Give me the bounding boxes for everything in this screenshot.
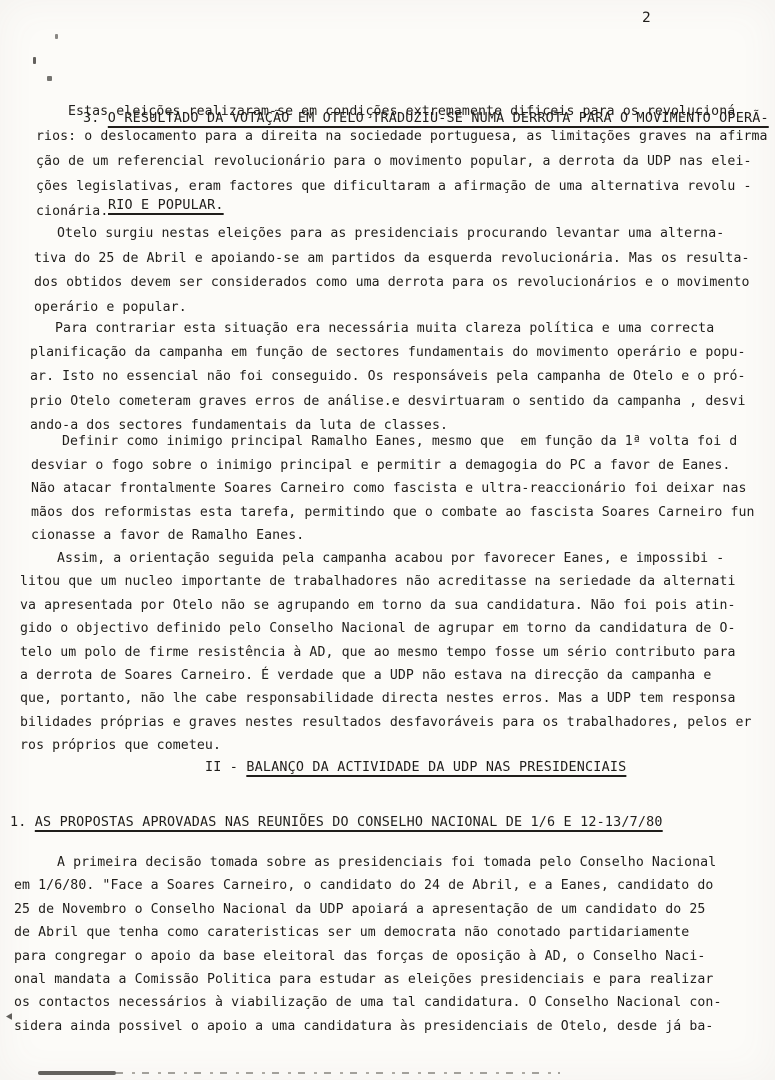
subsection-1-heading: 1. AS PROPOSTAS APROVADAS NAS REUNIÕES D… [10,815,663,830]
paragraph-3: Para contrariar esta situação era necess… [30,317,746,438]
section-2-heading: II - BALANÇO DA ACTIVIDADE DA UDP NAS PR… [205,760,626,775]
paragraph-2: Otelo surgiu nestas eleições para as pre… [34,222,750,320]
subsection-1-number: 1. [10,815,35,830]
section-2-heading-title: BALANÇO DA ACTIVIDADE DA UDP NAS PRESIDE… [246,760,626,775]
section-2-heading-prefix: II - [205,760,246,775]
paragraph-5: Assim, a orientação seguida pela campanh… [20,547,752,758]
paragraph-1: Estas eleições realizaram-se em condiçõe… [36,99,768,224]
scan-smudge-line [38,1071,116,1075]
scan-speck [6,1013,12,1020]
paragraph-6: A primeira decisão tomada sobre as presi… [14,851,721,1038]
scan-speck [33,57,36,64]
document-page: 2 3. O RESULTADO DA VOTAÇÃO EM OTELO TRA… [0,0,775,1080]
page-number: 2 [642,10,651,26]
scan-speck [55,34,58,39]
subsection-1-title: AS PROPOSTAS APROVADAS NAS REUNIÕES DO C… [35,815,663,830]
paragraph-4: Definir como inimigo principal Ramalho E… [31,430,755,548]
scan-speck [47,76,52,81]
scan-smudge-dashes [116,1072,560,1074]
